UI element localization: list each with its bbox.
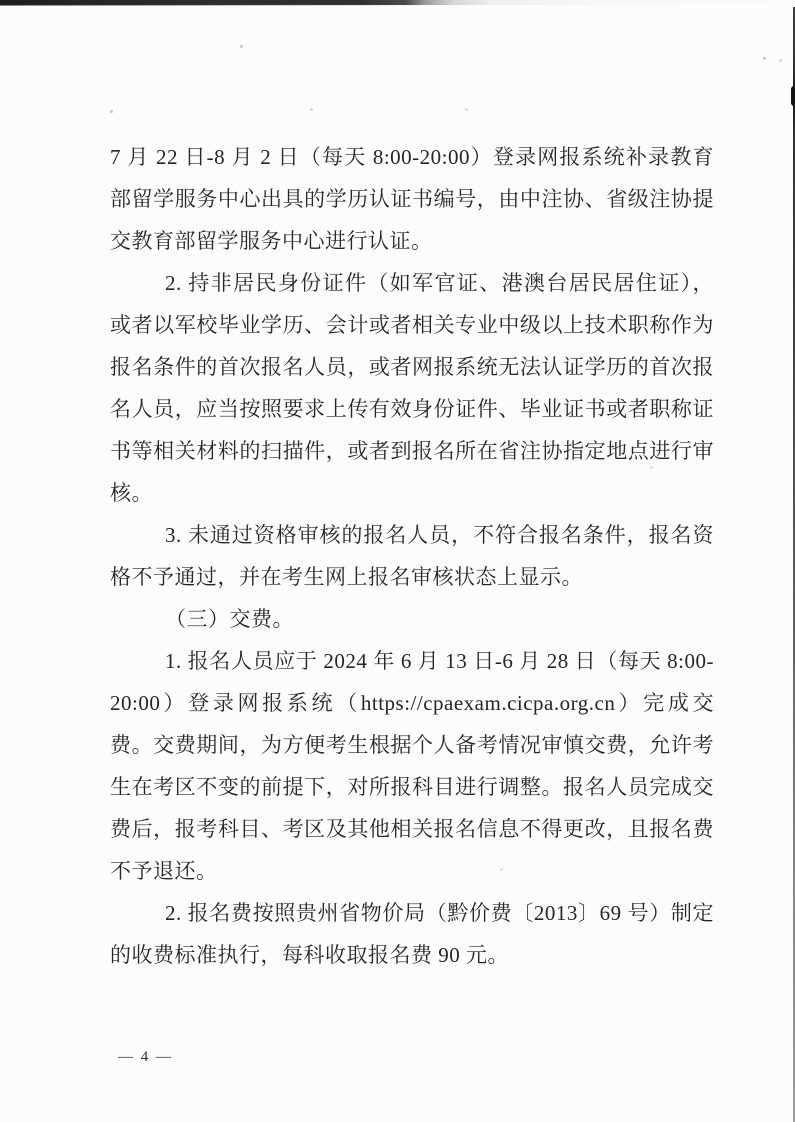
paragraph-item-3-failed-review: 3. 未通过资格审核的报名人员，不符合报名条件，报名资格不予通过，并在考生网上报… bbox=[110, 514, 714, 598]
scan-speck bbox=[110, 110, 113, 113]
scan-speck bbox=[240, 45, 243, 48]
scan-artifact-ink-blob bbox=[791, 86, 795, 106]
paragraph-payment-item-1-schedule: 1. 报名人员应于 2024 年 6 月 13 日-6 月 28 日（每天 8:… bbox=[110, 640, 714, 892]
scan-artifact-top-smudge bbox=[0, 4, 430, 6]
scan-speck bbox=[465, 108, 468, 111]
scan-speck bbox=[310, 108, 313, 111]
page-number: — 4 — bbox=[118, 1049, 173, 1066]
scan-speck bbox=[763, 57, 766, 60]
document-body: 7 月 22 日-8 月 2 日（每天 8:00-20:00）登录网报系统补录教… bbox=[110, 136, 714, 976]
paragraph-item-2-non-resident-id: 2. 持非居民身份证件（如军官证、港澳台居民居住证），或者以军校毕业学历、会计或… bbox=[110, 262, 714, 514]
scanned-document-page: 7 月 22 日-8 月 2 日（每天 8:00-20:00）登录网报系统补录教… bbox=[0, 0, 795, 1122]
paragraph-continuation-education-cert: 7 月 22 日-8 月 2 日（每天 8:00-20:00）登录网报系统补录教… bbox=[110, 136, 714, 262]
heading-section-3-payment: （三）交费。 bbox=[110, 598, 714, 640]
paragraph-payment-item-2-fee-standard: 2. 报名费按照贵州省物价局（黔价费〔2013〕69 号）制定的收费标准执行，每… bbox=[110, 892, 714, 976]
scan-speck bbox=[779, 59, 782, 62]
